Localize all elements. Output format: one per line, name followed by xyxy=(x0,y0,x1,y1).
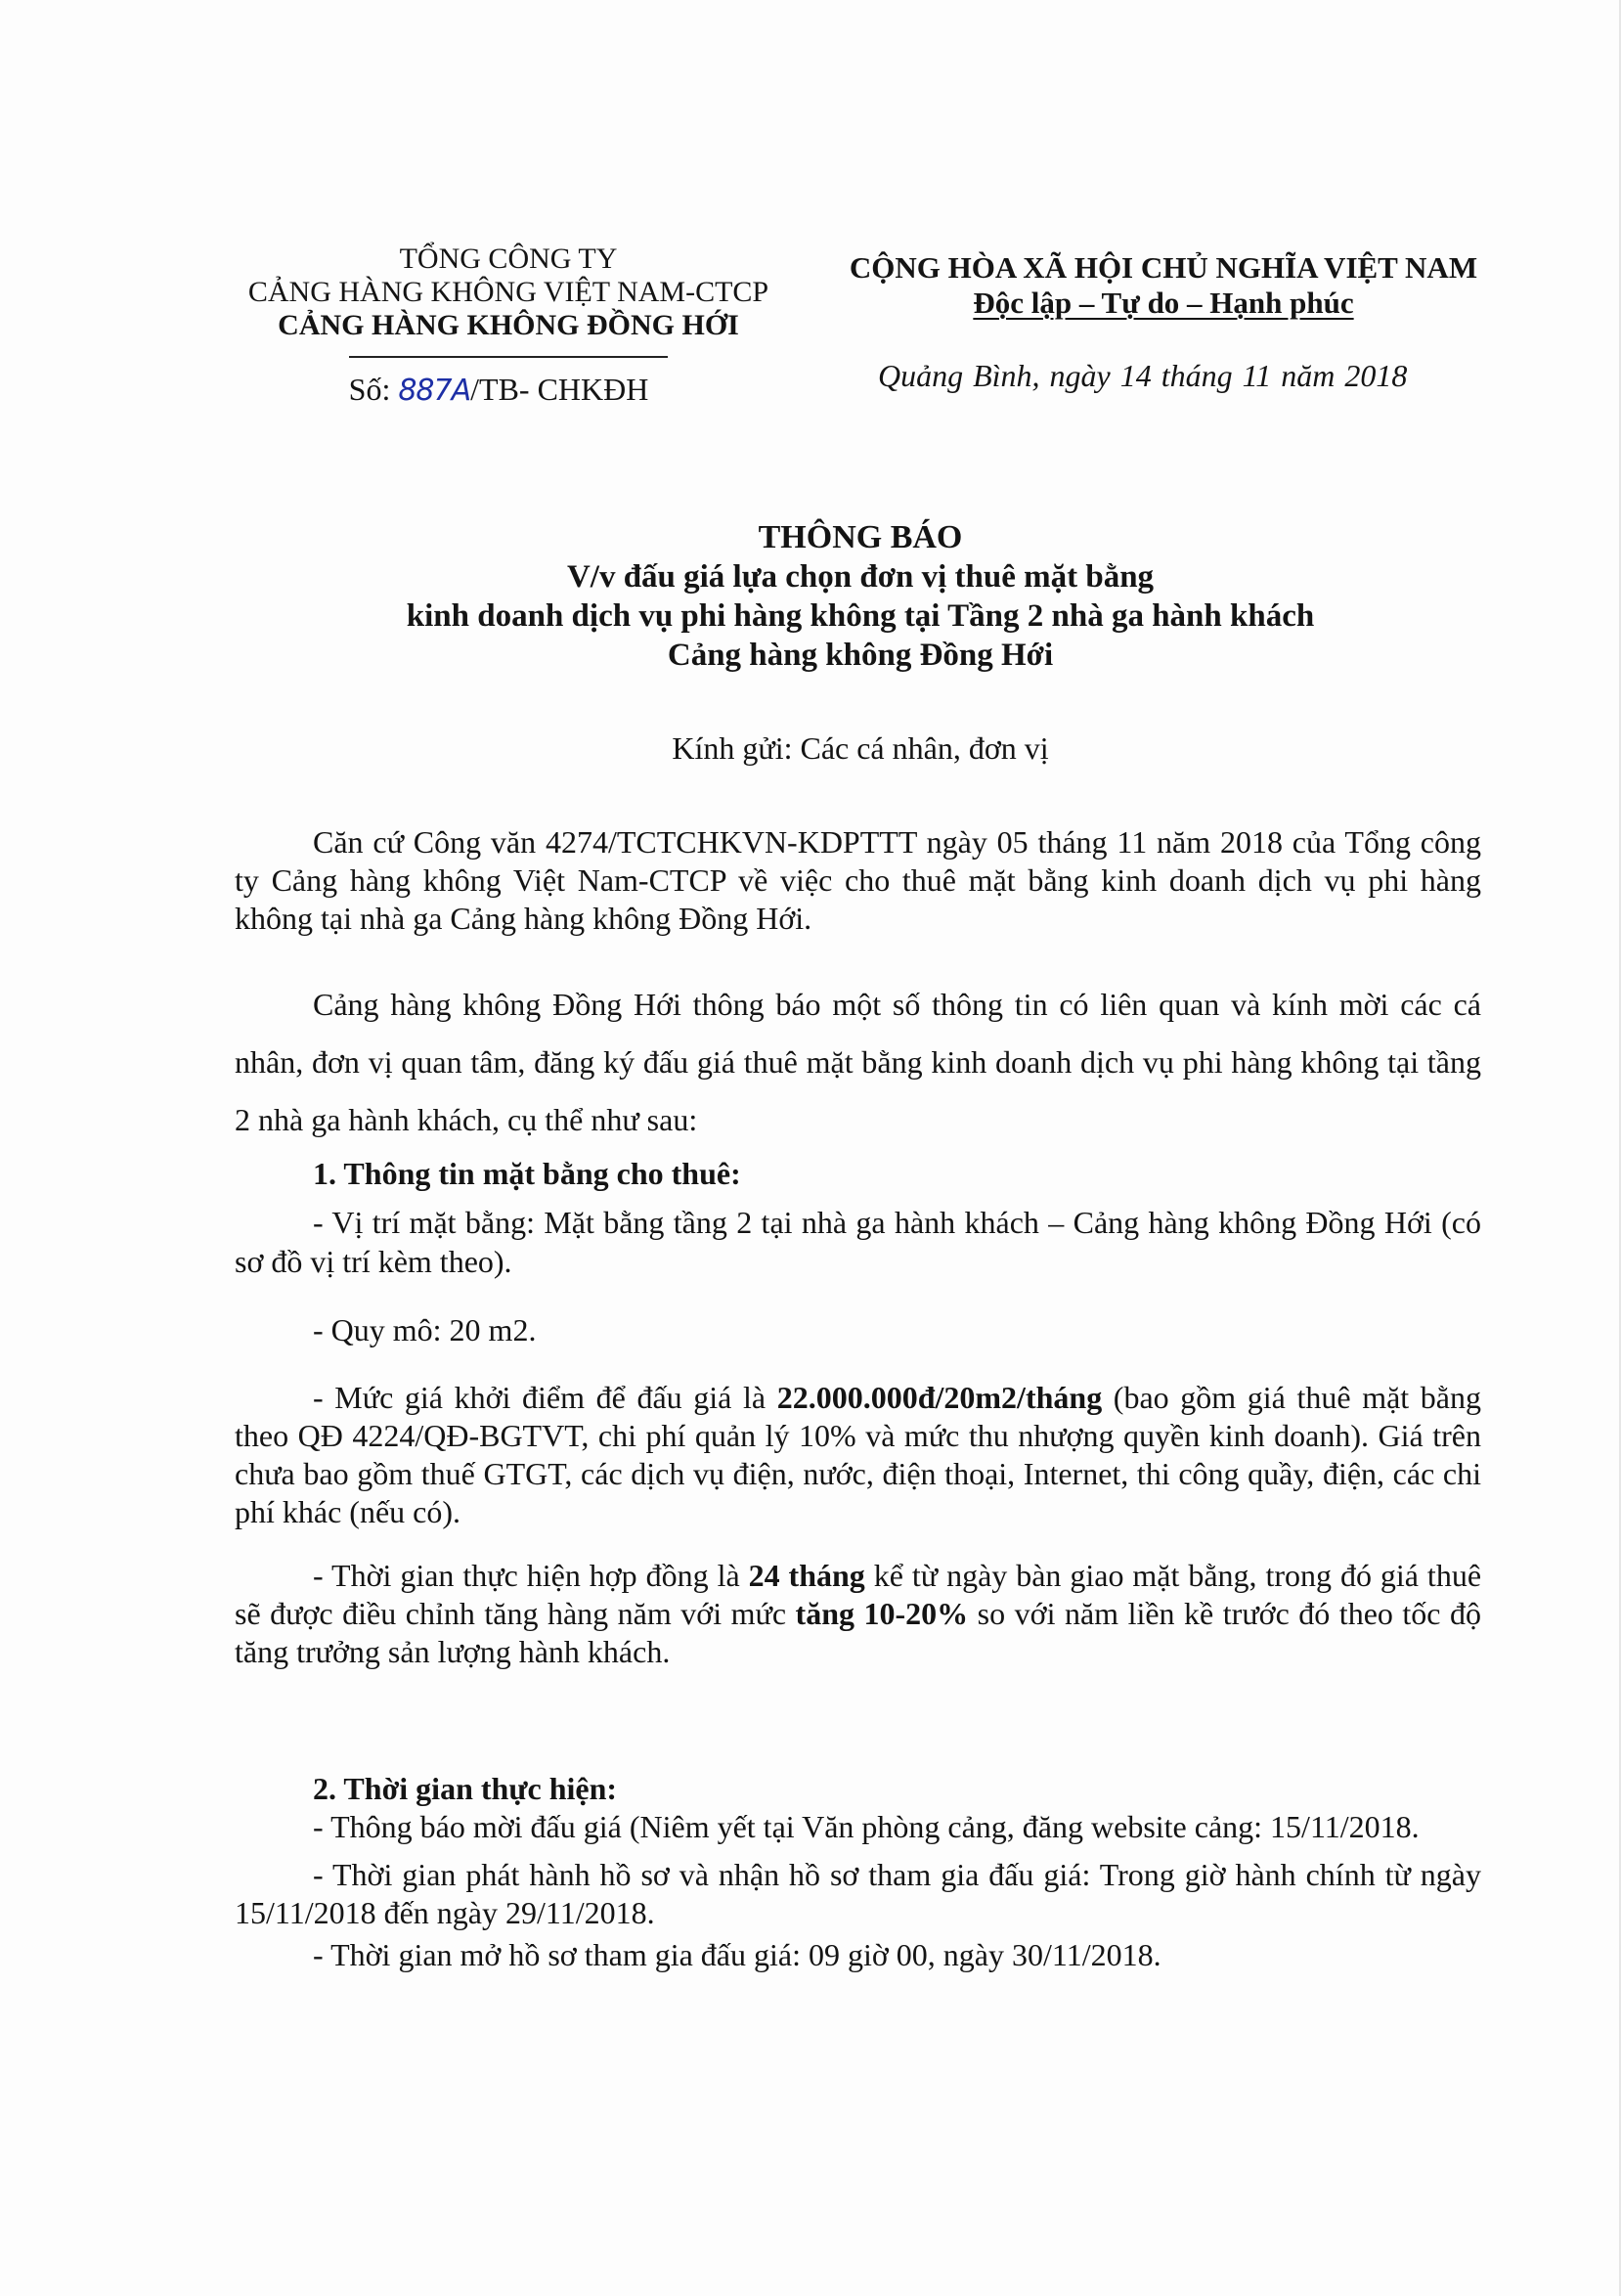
section-1-heading: 1. Thông tin mặt bằng cho thuê: xyxy=(235,1154,1481,1193)
section-1: 1. Thông tin mặt bằng cho thuê: - Vị trí… xyxy=(235,1154,1481,1671)
announcement-text: Cảng hàng không Đồng Hới thông báo một s… xyxy=(235,976,1481,1149)
document-number-prefix: Số: xyxy=(349,372,399,407)
subject-line2: kinh doanh dịch vụ phi hàng không tại Tầ… xyxy=(293,596,1427,636)
handwritten-number: 887A xyxy=(398,374,470,408)
annual-increase-value: tăng 10-20% xyxy=(796,1596,969,1631)
subject-line3: Cảng hàng không Đồng Hới xyxy=(293,636,1427,675)
paragraph-announcement: Cảng hàng không Đồng Hới thông báo một s… xyxy=(235,976,1481,1149)
schedule-item: - Thời gian mở hồ sơ tham gia đấu giá: 0… xyxy=(235,1936,1481,1974)
section-2-heading: 2. Thời gian thực hiện: xyxy=(235,1770,1481,1808)
schedule-item: - Thời gian phát hành hồ sơ và nhận hồ s… xyxy=(235,1856,1481,1932)
document-number: Số: 887A/TB- CHKĐH xyxy=(176,370,821,411)
bullet-location: - Vị trí mặt bằng: Mặt bằng tầng 2 tại n… xyxy=(235,1203,1481,1281)
starting-price-value: 22.000.000đ/20m2/tháng xyxy=(777,1380,1102,1415)
document-page: TỔNG CÔNG TY CẢNG HÀNG KHÔNG VIỆT NAM-CT… xyxy=(0,0,1621,2296)
legal-basis-text: Căn cứ Công văn 4274/TCTCHKVN-KDPTTT ngà… xyxy=(235,823,1481,938)
bullet-starting-price: - Mức giá khởi điểm để đấu giá là 22.000… xyxy=(235,1379,1481,1531)
contract-duration-value: 24 tháng xyxy=(749,1558,865,1593)
parent-org-line2: CẢNG HÀNG KHÔNG VIỆT NAM-CTCP xyxy=(196,276,821,309)
schedule-item: - Thông báo mời đấu giá (Niêm yết tại Vă… xyxy=(235,1808,1481,1846)
issuing-org-name: CẢNG HÀNG KHÔNG ĐỒNG HỚI xyxy=(196,309,821,342)
place-and-date: Quảng Bình, ngày 14 tháng 11 năm 2018 xyxy=(878,356,1407,395)
bullet-scale: - Quy mô: 20 m2. xyxy=(235,1310,1481,1349)
section-2: 2. Thời gian thực hiện: - Thông báo mời … xyxy=(235,1770,1481,1974)
recipient-line: Kính gửi: Các cá nhân, đơn vị xyxy=(293,729,1427,768)
issuing-organization-block: TỔNG CÔNG TY CẢNG HÀNG KHÔNG VIỆT NAM-CT… xyxy=(196,243,821,411)
document-title-block: THÔNG BÁO V/v đấu giá lựa chọn đơn vị th… xyxy=(293,518,1427,675)
subject-line1: V/v đấu giá lựa chọn đơn vị thuê mặt bằn… xyxy=(293,557,1427,596)
bullet-contract-duration: - Thời gian thực hiện hợp đồng là 24 thá… xyxy=(235,1557,1481,1671)
duration-intro: - Thời gian thực hiện hợp đồng là xyxy=(313,1558,749,1593)
national-header-block: CỘNG HÒA XÃ HỘI CHỦ NGHĨA VIỆT NAM Độc l… xyxy=(802,250,1525,321)
document-number-suffix: /TB- CHKĐH xyxy=(470,372,648,407)
parent-org-line1: TỔNG CÔNG TY xyxy=(196,243,821,276)
country-name: CỘNG HÒA XÃ HỘI CHỦ NGHĨA VIỆT NAM xyxy=(802,250,1525,286)
document-title: THÔNG BÁO xyxy=(293,518,1427,557)
national-motto: Độc lập – Tự do – Hạnh phúc xyxy=(973,286,1353,320)
price-intro: - Mức giá khởi điểm để đấu giá là xyxy=(313,1380,777,1415)
paragraph-legal-basis: Căn cứ Công văn 4274/TCTCHKVN-KDPTTT ngà… xyxy=(235,823,1481,938)
header-divider xyxy=(349,356,668,358)
